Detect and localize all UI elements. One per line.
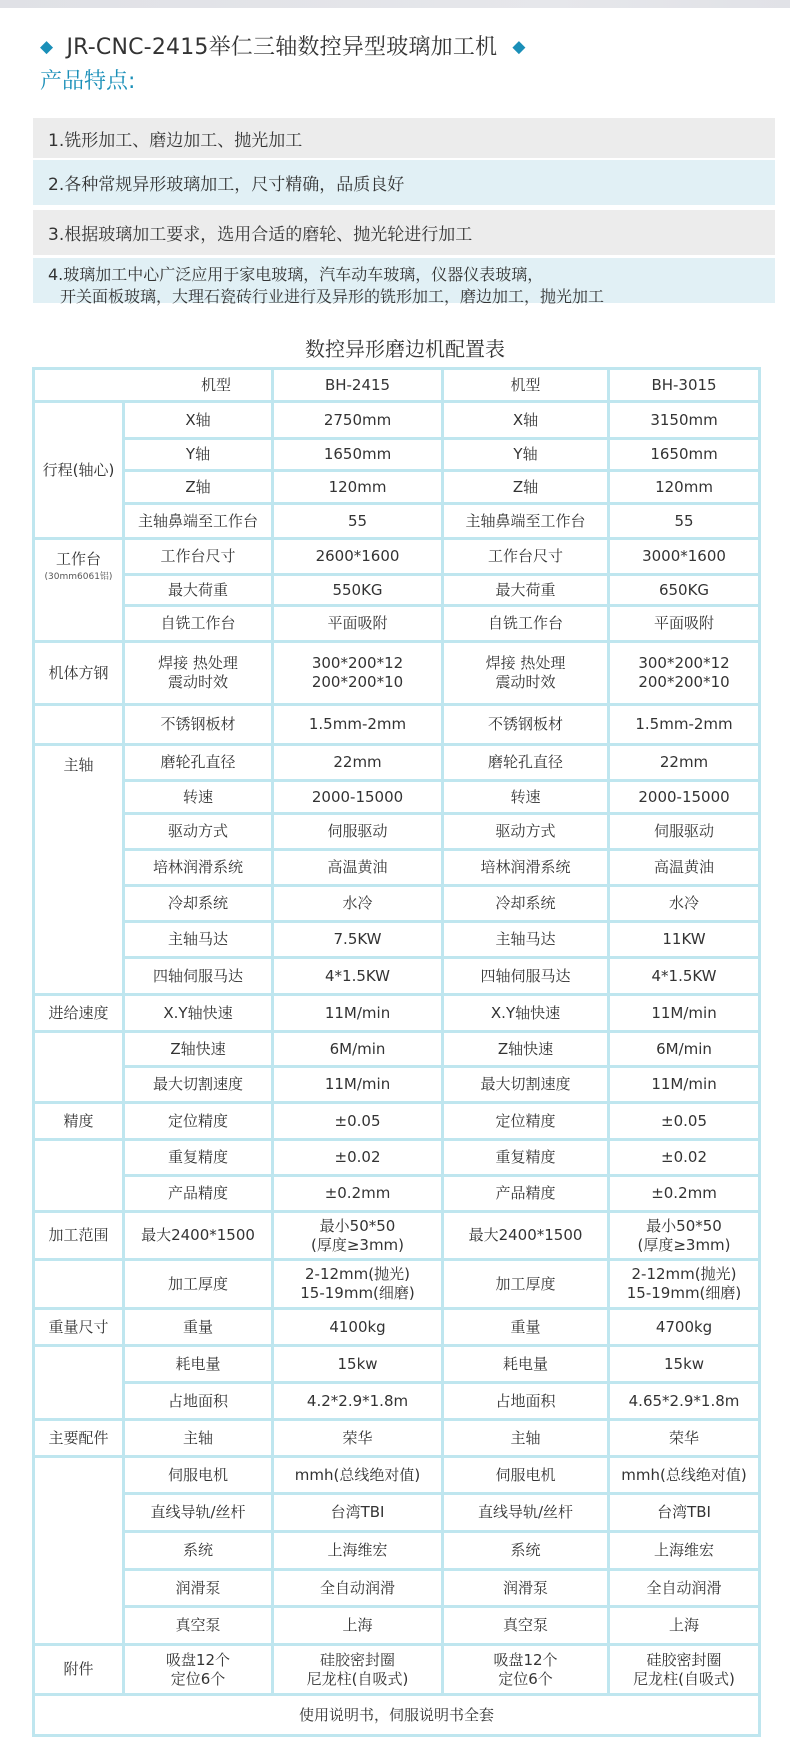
table-row: 主轴鼻端至工作台 55 主轴鼻端至工作台 55 [34, 504, 760, 539]
group-cell-empty [34, 1260, 124, 1309]
param-cell: 定位精度 [443, 1103, 609, 1140]
value-cell: 硅胶密封圈 尼龙柱(自吸式) [609, 1645, 760, 1695]
table-row: 重量尺寸 重量 4100kg 重量 4700kg [34, 1309, 760, 1346]
param-cell: Z轴 [124, 471, 273, 504]
value-cell: 伺服驱动 [273, 814, 443, 850]
param-line: 定位6个 [127, 1670, 269, 1689]
table-row: 转速 2000-15000 转速 2000-15000 [34, 781, 760, 814]
value-cell: 2750mm [273, 402, 443, 439]
param-cell: 磨轮孔直径 [124, 745, 273, 781]
group-cell-empty [34, 705, 124, 745]
param-cell: 润滑泵 [124, 1570, 273, 1607]
value-line: 15-19mm(细磨) [276, 1284, 439, 1303]
value-cell: 全自动润滑 [273, 1570, 443, 1607]
value-cell: 上海 [273, 1607, 443, 1645]
table-row: 四轴伺服马达 4*1.5KW 四轴伺服马达 4*1.5KW [34, 958, 760, 995]
value-cell: 55 [273, 504, 443, 539]
value-line: 硅胶密封圈 [612, 1651, 756, 1670]
value-line: 200*200*10 [612, 673, 756, 692]
param-line: 震动时效 [446, 673, 605, 692]
value-cell: 4*1.5KW [273, 958, 443, 995]
param-cell: 占地面积 [124, 1383, 273, 1420]
param-cell: 直线导轨/丝杆 [443, 1494, 609, 1532]
param-cell: 转速 [443, 781, 609, 814]
table-row: 重复精度 ±0.02 重复精度 ±0.02 [34, 1140, 760, 1176]
value-line: (厚度≥3mm) [612, 1236, 756, 1255]
value-cell: 水冷 [273, 886, 443, 922]
table-row: 真空泵 上海 真空泵 上海 [34, 1607, 760, 1645]
param-cell: 磨轮孔直径 [443, 745, 609, 781]
value-cell: 伺服驱动 [609, 814, 760, 850]
value-cell: 4.2*2.9*1.8m [273, 1383, 443, 1420]
value-line: 2-12mm(抛光) [276, 1265, 439, 1284]
value-line: 尼龙柱(自吸式) [612, 1670, 756, 1689]
value-cell: ±0.2mm [609, 1176, 760, 1212]
value-cell: 2000-15000 [273, 781, 443, 814]
feature-item: 4.玻璃加工中心广泛应用于家电玻璃，汽车动车玻璃，仪器仪表玻璃， 开关面板玻璃，… [33, 258, 775, 303]
group-cell-empty [34, 1032, 124, 1103]
param-cell: 主轴 [124, 1420, 273, 1457]
value-cell: mmh(总线绝对值) [273, 1457, 443, 1494]
param-line: 吸盘12个 [127, 1651, 269, 1670]
table-row: 精度 定位精度 ±0.05 定位精度 ±0.05 [34, 1103, 760, 1140]
value-cell: 平面吸附 [273, 606, 443, 642]
value-cell: 平面吸附 [609, 606, 760, 642]
value-cell: 22mm [609, 745, 760, 781]
group-cell-empty [34, 1140, 124, 1212]
param-cell: 吸盘12个 定位6个 [124, 1645, 273, 1695]
value-cell: 1.5mm-2mm [609, 705, 760, 745]
value-cell: 3150mm [609, 402, 760, 439]
value-cell: 上海 [609, 1607, 760, 1645]
param-cell: 主轴 [443, 1420, 609, 1457]
group-cell-empty [34, 1346, 124, 1420]
param-cell: 重量 [443, 1309, 609, 1346]
param-cell: 真空泵 [443, 1607, 609, 1645]
value-cell: 上海维宏 [609, 1532, 760, 1570]
value-cell: 11KW [609, 922, 760, 958]
feature-item: 1.铣形加工、磨边加工、抛光加工 [33, 118, 775, 158]
value-cell: 120mm [273, 471, 443, 504]
param-line: 焊接 热处理 [446, 654, 605, 673]
spec-table: 机型 BH-2415 机型 BH-3015 行程(轴心) X轴 2750mm X… [32, 367, 761, 1737]
value-cell: 4*1.5KW [609, 958, 760, 995]
param-cell: 自铣工作台 [124, 606, 273, 642]
group-cell: 主轴 [34, 745, 124, 995]
value-cell: ±0.05 [273, 1103, 443, 1140]
param-cell: 润滑泵 [443, 1570, 609, 1607]
param-cell: 主轴马达 [124, 922, 273, 958]
param-cell: 培林润滑系统 [443, 850, 609, 886]
value-cell: 120mm [609, 471, 760, 504]
value-cell: 荣华 [273, 1420, 443, 1457]
value-cell: 1650mm [273, 439, 443, 471]
param-cell: 直线导轨/丝杆 [124, 1494, 273, 1532]
param-cell: 焊接 热处理 震动时效 [124, 642, 273, 705]
param-cell: 重量 [124, 1309, 273, 1346]
group-cell: 工作台 (30mm6061铝) [34, 539, 124, 642]
param-cell: 产品精度 [124, 1176, 273, 1212]
value-cell: 高温黄油 [273, 850, 443, 886]
param-cell: 重复精度 [124, 1140, 273, 1176]
value-line: 300*200*12 [276, 654, 439, 673]
param-cell: Z轴快速 [124, 1032, 273, 1067]
param-line: 焊接 热处理 [127, 654, 269, 673]
value-cell: 300*200*12 200*200*10 [273, 642, 443, 705]
param-cell: 耗电量 [124, 1346, 273, 1383]
value-cell: 11M/min [609, 1067, 760, 1103]
param-cell: 伺服电机 [124, 1457, 273, 1494]
param-cell: 加工厚度 [443, 1260, 609, 1309]
param-cell: Y轴 [443, 439, 609, 471]
value-cell: 台湾TBI [609, 1494, 760, 1532]
param-cell: 系统 [124, 1532, 273, 1570]
header-cell: BH-3015 [609, 369, 760, 402]
value-cell: 3000*1600 [609, 539, 760, 575]
group-cell-empty [34, 1457, 124, 1645]
group-cell: 附件 [34, 1645, 124, 1695]
table-header-row: 机型 BH-2415 机型 BH-3015 [34, 369, 760, 402]
group-cell: 重量尺寸 [34, 1309, 124, 1346]
table-row: 驱动方式 伺服驱动 驱动方式 伺服驱动 [34, 814, 760, 850]
value-cell: 55 [609, 504, 760, 539]
value-cell: 4700kg [609, 1309, 760, 1346]
table-row: 系统 上海维宏 系统 上海维宏 [34, 1532, 760, 1570]
value-line: 最小50*50 [612, 1217, 756, 1236]
feature-item: 2.各种常规异形玻璃加工，尺寸精确，品质良好 [33, 160, 775, 205]
table-row: 主要配件 主轴 荣华 主轴 荣华 [34, 1420, 760, 1457]
param-cell: X轴 [124, 402, 273, 439]
param-cell: 加工厚度 [124, 1260, 273, 1309]
param-cell: 最大2400*1500 [124, 1212, 273, 1260]
table-row: 直线导轨/丝杆 台湾TBI 直线导轨/丝杆 台湾TBI [34, 1494, 760, 1532]
value-cell: 台湾TBI [273, 1494, 443, 1532]
page-title: ◆ JR-CNC-2415举仁三轴数控异型玻璃加工机 ◆ [40, 30, 526, 61]
param-cell: Z轴快速 [443, 1032, 609, 1067]
param-line: 震动时效 [127, 673, 269, 692]
table-row: Y轴 1650mm Y轴 1650mm [34, 439, 760, 471]
value-cell: 荣华 [609, 1420, 760, 1457]
table-row: 占地面积 4.2*2.9*1.8m 占地面积 4.65*2.9*1.8m [34, 1383, 760, 1420]
value-cell: 15kw [609, 1346, 760, 1383]
param-cell: 最大荷重 [124, 575, 273, 606]
table-row: 主轴 磨轮孔直径 22mm 磨轮孔直径 22mm [34, 745, 760, 781]
param-cell: 冷却系统 [443, 886, 609, 922]
param-cell: 四轴伺服马达 [443, 958, 609, 995]
param-cell: 培林润滑系统 [124, 850, 273, 886]
value-cell: 最小50*50 (厚度≥3mm) [273, 1212, 443, 1260]
param-cell: 工作台尺寸 [443, 539, 609, 575]
param-cell: Y轴 [124, 439, 273, 471]
value-cell: 水冷 [609, 886, 760, 922]
value-cell: 2-12mm(抛光) 15-19mm(细磨) [609, 1260, 760, 1309]
param-cell: 真空泵 [124, 1607, 273, 1645]
value-cell: 22mm [273, 745, 443, 781]
value-cell: 高温黄油 [609, 850, 760, 886]
value-cell: 最小50*50 (厚度≥3mm) [609, 1212, 760, 1260]
table-title: 数控异形磨边机配置表 [0, 333, 790, 362]
value-cell: 2600*1600 [273, 539, 443, 575]
table-row: 机体方钢 焊接 热处理 震动时效 300*200*12 200*200*10 焊… [34, 642, 760, 705]
table-row: 自铣工作台 平面吸附 自铣工作台 平面吸附 [34, 606, 760, 642]
value-cell: 2000-15000 [609, 781, 760, 814]
table-row: 培林润滑系统 高温黄油 培林润滑系统 高温黄油 [34, 850, 760, 886]
param-cell: 伺服电机 [443, 1457, 609, 1494]
param-cell: 冷却系统 [124, 886, 273, 922]
param-cell: 不锈钢板材 [124, 705, 273, 745]
value-line: 300*200*12 [612, 654, 756, 673]
header-cell: 机型 [443, 369, 609, 402]
value-cell: ±0.02 [273, 1140, 443, 1176]
param-cell: 定位精度 [124, 1103, 273, 1140]
value-cell: 11M/min [609, 995, 760, 1032]
param-cell: 产品精度 [443, 1176, 609, 1212]
param-cell: 最大切割速度 [443, 1067, 609, 1103]
table-row: 进给速度 X.Y轴快速 11M/min X.Y轴快速 11M/min [34, 995, 760, 1032]
param-line: 定位6个 [446, 1670, 605, 1689]
param-cell: X轴 [443, 402, 609, 439]
value-cell: mmh(总线绝对值) [609, 1457, 760, 1494]
table-row: 工作台 (30mm6061铝) 工作台尺寸 2600*1600 工作台尺寸 30… [34, 539, 760, 575]
header-cell: BH-2415 [273, 369, 443, 402]
param-cell: 转速 [124, 781, 273, 814]
diamond-icon: ◆ [40, 37, 53, 57]
value-cell: 6M/min [273, 1032, 443, 1067]
value-cell: 2-12mm(抛光) 15-19mm(细磨) [273, 1260, 443, 1309]
param-cell: X.Y轴快速 [443, 995, 609, 1032]
param-cell: 焊接 热处理 震动时效 [443, 642, 609, 705]
value-line: 2-12mm(抛光) [612, 1265, 756, 1284]
group-cell: 行程(轴心) [34, 402, 124, 539]
value-cell: 15kw [273, 1346, 443, 1383]
group-cell: 加工范围 [34, 1212, 124, 1260]
value-cell: 11M/min [273, 995, 443, 1032]
param-cell: 主轴马达 [443, 922, 609, 958]
param-cell: 主轴鼻端至工作台 [443, 504, 609, 539]
table-row: 产品精度 ±0.2mm 产品精度 ±0.2mm [34, 1176, 760, 1212]
group-note: (30mm6061铝) [37, 571, 120, 583]
param-cell: 占地面积 [443, 1383, 609, 1420]
value-cell: ±0.05 [609, 1103, 760, 1140]
value-line: 15-19mm(细磨) [612, 1284, 756, 1303]
group-cell: 机体方钢 [34, 642, 124, 705]
value-cell: 7.5KW [273, 922, 443, 958]
value-line: 硅胶密封圈 [276, 1651, 439, 1670]
param-cell: 主轴鼻端至工作台 [124, 504, 273, 539]
group-cell: 精度 [34, 1103, 124, 1140]
feature-line: 开关面板玻璃，大理石瓷砖行业进行及异形的铣形加工，磨边加工，抛光加工 [48, 286, 775, 308]
value-cell: 300*200*12 200*200*10 [609, 642, 760, 705]
table-row: Z轴 120mm Z轴 120mm [34, 471, 760, 504]
value-cell: 11M/min [273, 1067, 443, 1103]
param-cell: 驱动方式 [124, 814, 273, 850]
value-cell: 4100kg [273, 1309, 443, 1346]
group-cell: 进给速度 [34, 995, 124, 1032]
param-cell: 驱动方式 [443, 814, 609, 850]
param-cell: Z轴 [443, 471, 609, 504]
table-row: 最大切割速度 11M/min 最大切割速度 11M/min [34, 1067, 760, 1103]
value-line: 最小50*50 [276, 1217, 439, 1236]
param-cell: 系统 [443, 1532, 609, 1570]
table-row: 最大荷重 550KG 最大荷重 650KG [34, 575, 760, 606]
table-row: 润滑泵 全自动润滑 润滑泵 全自动润滑 [34, 1570, 760, 1607]
param-cell: 最大切割速度 [124, 1067, 273, 1103]
value-cell: 1.5mm-2mm [273, 705, 443, 745]
table-row: 加工范围 最大2400*1500 最小50*50 (厚度≥3mm) 最大2400… [34, 1212, 760, 1260]
param-cell: 不锈钢板材 [443, 705, 609, 745]
param-cell: X.Y轴快速 [124, 995, 273, 1032]
value-cell: 1650mm [609, 439, 760, 471]
group-cell: 主要配件 [34, 1420, 124, 1457]
value-cell: ±0.2mm [273, 1176, 443, 1212]
feature-line: 4.玻璃加工中心广泛应用于家电玻璃，汽车动车玻璃，仪器仪表玻璃， [48, 264, 775, 286]
table-row: 不锈钢板材 1.5mm-2mm 不锈钢板材 1.5mm-2mm [34, 705, 760, 745]
value-cell: 550KG [273, 575, 443, 606]
param-cell: 四轴伺服马达 [124, 958, 273, 995]
param-cell: 耗电量 [443, 1346, 609, 1383]
value-line: 200*200*10 [276, 673, 439, 692]
section-heading-features: 产品特点: [40, 64, 135, 95]
table-row: 伺服电机 mmh(总线绝对值) 伺服电机 mmh(总线绝对值) [34, 1457, 760, 1494]
table-row: Z轴快速 6M/min Z轴快速 6M/min [34, 1032, 760, 1067]
table-row: 冷却系统 水冷 冷却系统 水冷 [34, 886, 760, 922]
table-row: 加工厚度 2-12mm(抛光) 15-19mm(细磨) 加工厚度 2-12mm(… [34, 1260, 760, 1309]
diamond-icon: ◆ [512, 37, 525, 57]
group-label: 工作台 [56, 550, 101, 568]
table-row: 主轴马达 7.5KW 主轴马达 11KW [34, 922, 760, 958]
value-cell: 4.65*2.9*1.8m [609, 1383, 760, 1420]
param-cell: 工作台尺寸 [124, 539, 273, 575]
page-title-text: JR-CNC-2415举仁三轴数控异型玻璃加工机 [66, 35, 497, 60]
header-cell: 机型 [34, 369, 273, 402]
value-cell: 硅胶密封圈 尼龙柱(自吸式) [273, 1645, 443, 1695]
param-cell: 重复精度 [443, 1140, 609, 1176]
value-cell: ±0.02 [609, 1140, 760, 1176]
value-cell: 上海维宏 [273, 1532, 443, 1570]
param-line: 吸盘12个 [446, 1651, 605, 1670]
value-line: 尼龙柱(自吸式) [276, 1670, 439, 1689]
value-cell: 6M/min [609, 1032, 760, 1067]
top-bar [0, 0, 790, 8]
footer-cell: 使用说明书，伺服说明书全套 [34, 1695, 760, 1736]
table-footer-row: 使用说明书，伺服说明书全套 [34, 1695, 760, 1736]
table-row: 附件 吸盘12个 定位6个 硅胶密封圈 尼龙柱(自吸式) 吸盘12个 定位6个 … [34, 1645, 760, 1695]
value-line: (厚度≥3mm) [276, 1236, 439, 1255]
value-cell: 650KG [609, 575, 760, 606]
param-cell: 自铣工作台 [443, 606, 609, 642]
param-cell: 吸盘12个 定位6个 [443, 1645, 609, 1695]
param-cell: 最大荷重 [443, 575, 609, 606]
table-row: 耗电量 15kw 耗电量 15kw [34, 1346, 760, 1383]
feature-item: 3.根据玻璃加工要求，选用合适的磨轮、抛光轮进行加工 [33, 210, 775, 255]
param-cell: 最大2400*1500 [443, 1212, 609, 1260]
table-row: 行程(轴心) X轴 2750mm X轴 3150mm [34, 402, 760, 439]
value-cell: 全自动润滑 [609, 1570, 760, 1607]
